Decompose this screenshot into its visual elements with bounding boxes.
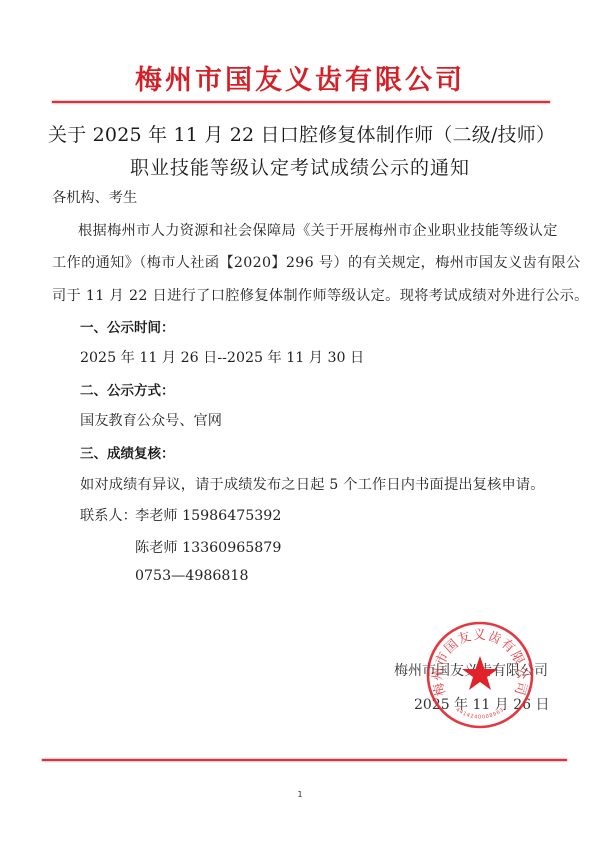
footer-divider [42,759,567,761]
section-heading-publicity-method: 二、公示方式： [80,379,175,399]
salutation: 各机构、考生 [52,187,137,207]
paragraph-line-3: 司于 11 月 22 日进行了口腔修复体制作师等级认定。现将考试成绩对外进行公示… [52,285,589,305]
paragraph-line-2: 工作的通知》（梅市人社函【2020】296 号）的有关规定，梅州市国友义齿有限公 [52,252,581,272]
contact-item: 李老师 15986475392 [135,505,281,525]
section-heading-score-review: 三、成绩复核： [80,442,175,462]
contacts-label: 联系人： [80,505,137,525]
section-heading-publicity-time: 一、公示时间： [80,316,175,336]
section-content-score-review: 如对成绩有异议，请于成绩发布之日起 5 个工作日内书面提出复核申请。 [80,474,545,494]
header-divider [52,101,550,103]
document-title-line-1: 关于 2025 年 11 月 22 日口腔修复体制作师（二级/技师） [48,120,555,147]
svg-text:4414240008963: 4414240008963 [455,707,506,720]
section-content-publicity-time: 2025 年 11 月 26 日--2025 年 11 月 30 日 [80,347,364,367]
contact-item: 陈老师 13360965879 [135,537,281,557]
document-title-line-2: 职业技能等级认定考试成绩公示的通知 [0,153,600,180]
page-number: 1 [0,790,600,799]
organization-header: 梅州市国友义齿有限公司 [0,58,600,97]
contact-item: 0753—4986818 [135,568,248,584]
company-seal-icon: 梅州市国友义齿有限公司 4414240008963 [425,620,535,730]
paragraph-line-1: 根据梅州市人力资源和社会保障局《关于开展梅州市企业职业技能等级认定 [78,220,558,240]
section-content-publicity-method: 国友教育公众号、官网 [80,410,222,430]
